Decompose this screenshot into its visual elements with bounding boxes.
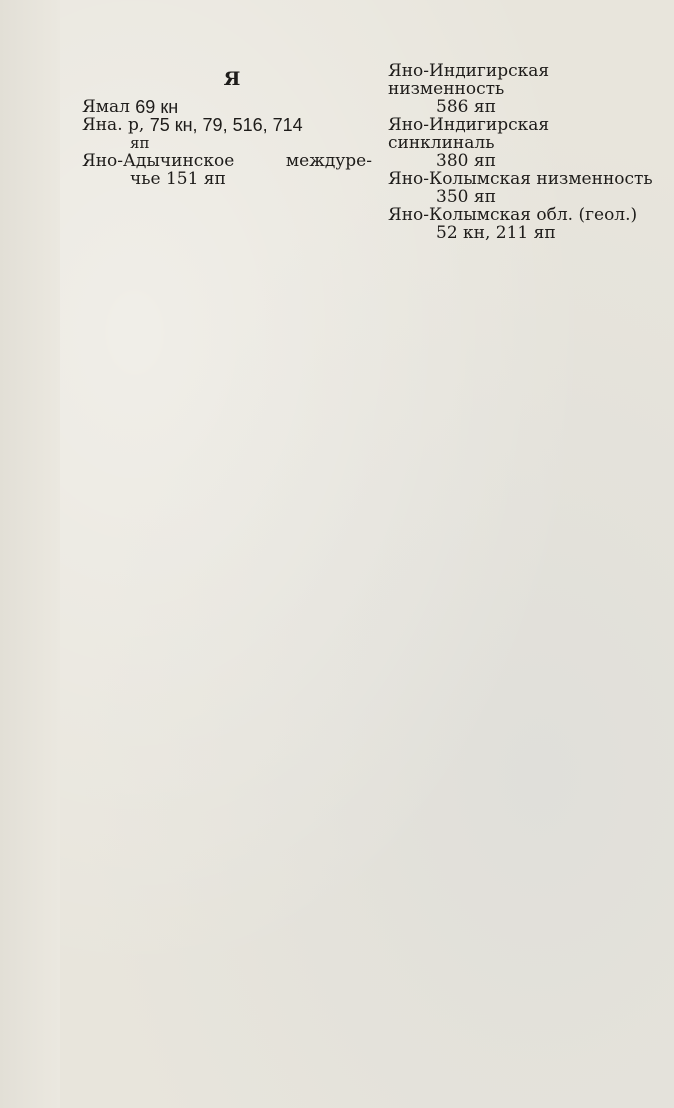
entry-name: Ямал [82,98,130,116]
index-entry: Яно-Индигирская синклиналь 380 яп [388,116,654,170]
entry-name-tail: междуре- [286,152,372,170]
index-column-right: Яно-Индигирская низменность 586 яп Яно-И… [388,62,654,242]
index-entry: Яно-Колымская обл. (геол.) 52 кн, 211 яп [388,206,654,242]
entry-continuation: чье 151 яп [82,170,372,188]
entry-name: Яно-Индигирская низменность [388,62,654,98]
index-entry: Яна. р, 75 кн, 79, 516, 714 яп [82,116,372,152]
entry-continuation: 586 яп [388,98,654,116]
page-edge-shadow [0,0,60,1108]
book-page: Я Ямал 69 кн Яна. р, 75 кн, 79, 516, 714… [0,0,674,1108]
entry-name: Яно-Адычинское [82,152,234,170]
entry-name: Яна. р, [82,116,144,134]
index-column-left: Я Ямал 69 кн Яна. р, 75 кн, 79, 516, 714… [82,62,372,188]
index-entry: Яно-Индигирская низменность 586 яп [388,62,654,116]
entry-refs: 69 кн [135,98,178,116]
entry-continuation: яп [82,134,372,152]
entry-continuation: 350 яп [388,188,654,206]
entry-name: Яно-Колымская низменность [388,170,654,188]
index-entry: Ямал 69 кн [82,98,372,116]
entry-continuation: 52 кн, 211 яп [388,224,654,242]
entry-refs: 75 кн, 79, 516, 714 [150,116,303,134]
section-letter-heading: Я [82,70,372,88]
entry-name: Яно-Индигирская синклиналь [388,116,654,152]
entry-name: Яно-Колымская обл. (геол.) [388,206,654,224]
entry-continuation: 380 яп [388,152,654,170]
index-entry: Яно-Адычинское междуре- чье 151 яп [82,152,372,188]
index-entry: Яно-Колымская низменность 350 яп [388,170,654,206]
